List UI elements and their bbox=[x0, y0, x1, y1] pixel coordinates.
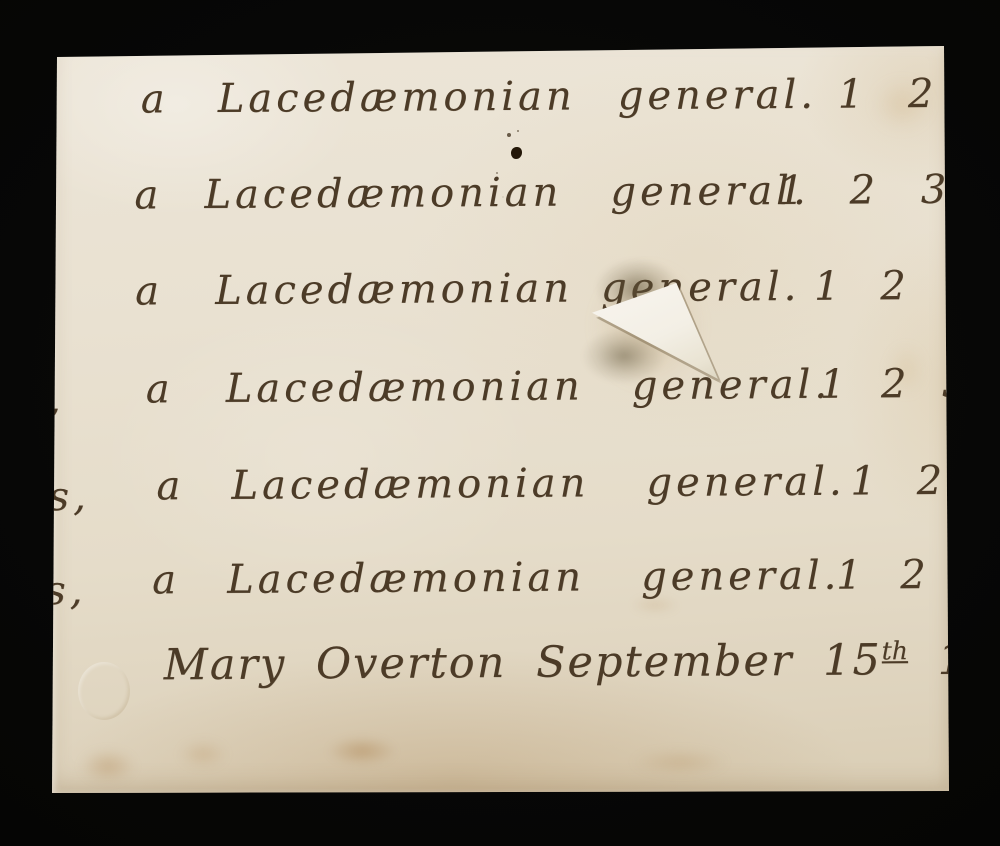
line-numbers: 1 2 3 4 bbox=[814, 262, 1000, 310]
practice-line: , a Lacedæmonian general. 1 2 3 4 bbox=[49, 263, 950, 331]
article: a bbox=[152, 557, 180, 603]
practice-line: s, a Lacedæmonian general. 1 2 3 bbox=[50, 458, 951, 526]
article: a bbox=[156, 463, 184, 509]
cutoff-fragment: , bbox=[48, 377, 65, 423]
practice-line: , a Lacedæmonian general. 1 2 3 4 bbox=[50, 361, 951, 429]
practice-line: , a Lacedæmonian general. 1 2 bbox=[48, 71, 949, 139]
cutoff-fragment: , bbox=[40, 183, 57, 229]
article: a bbox=[141, 76, 169, 122]
document-sheet: , a Lacedæmonian general. 1 2 , a Lacedæ… bbox=[50, 44, 951, 794]
word-general: general. bbox=[632, 362, 832, 409]
cutoff-fragment: s, bbox=[45, 568, 87, 614]
line-numbers: 1 2 bbox=[838, 71, 938, 118]
signature-line: Mary Overton September 15th 1858. bbox=[52, 635, 953, 711]
word-lacedaemonian: Lacedæmonian bbox=[231, 460, 589, 508]
signature-name: Mary Overton bbox=[164, 638, 507, 690]
photo-background: , a Lacedæmonian general. 1 2 , a Lacedæ… bbox=[0, 0, 1000, 846]
signature-year: 1858. bbox=[908, 634, 1000, 685]
word-lacedaemonian: Lacedæmonian bbox=[226, 363, 584, 411]
signature-date: September 15 bbox=[506, 635, 882, 688]
practice-line: s, a Lacedæmonian general. 1 2 3 bbox=[51, 552, 952, 620]
handwriting-layer: , a Lacedæmonian general. 1 2 , a Lacedæ… bbox=[47, 41, 953, 797]
line-numbers: 1 2 3 bbox=[850, 457, 1000, 504]
word-lacedaemonian: Lacedæmonian bbox=[215, 265, 573, 313]
word-lacedaemonian: Lacedæmonian bbox=[204, 170, 562, 218]
article: a bbox=[146, 366, 174, 412]
signature-text: Mary Overton September 15th 1858. bbox=[164, 634, 1000, 690]
article: a bbox=[134, 172, 162, 218]
line-numbers: 1 2 3 4 bbox=[820, 360, 1000, 407]
article: a bbox=[135, 268, 163, 314]
cutoff-fragment: s, bbox=[48, 474, 90, 520]
line-numbers: 1 2 3 4 bbox=[778, 166, 1000, 214]
word-lacedaemonian: Lacedæmonian bbox=[218, 73, 576, 121]
cutoff-fragment: , bbox=[42, 87, 59, 133]
practice-line: , a Lacedæmonian general. 1 2 3 4 bbox=[48, 167, 949, 235]
ordinal-superscript: th bbox=[882, 636, 908, 665]
word-lacedaemonian: Lacedæmonian bbox=[227, 554, 585, 602]
line-numbers: 1 2 3 bbox=[836, 552, 994, 599]
word-general: general. bbox=[641, 553, 841, 600]
word-general: general. bbox=[646, 459, 846, 506]
cutoff-fragment: , bbox=[43, 279, 60, 325]
word-general: general. bbox=[618, 72, 818, 119]
